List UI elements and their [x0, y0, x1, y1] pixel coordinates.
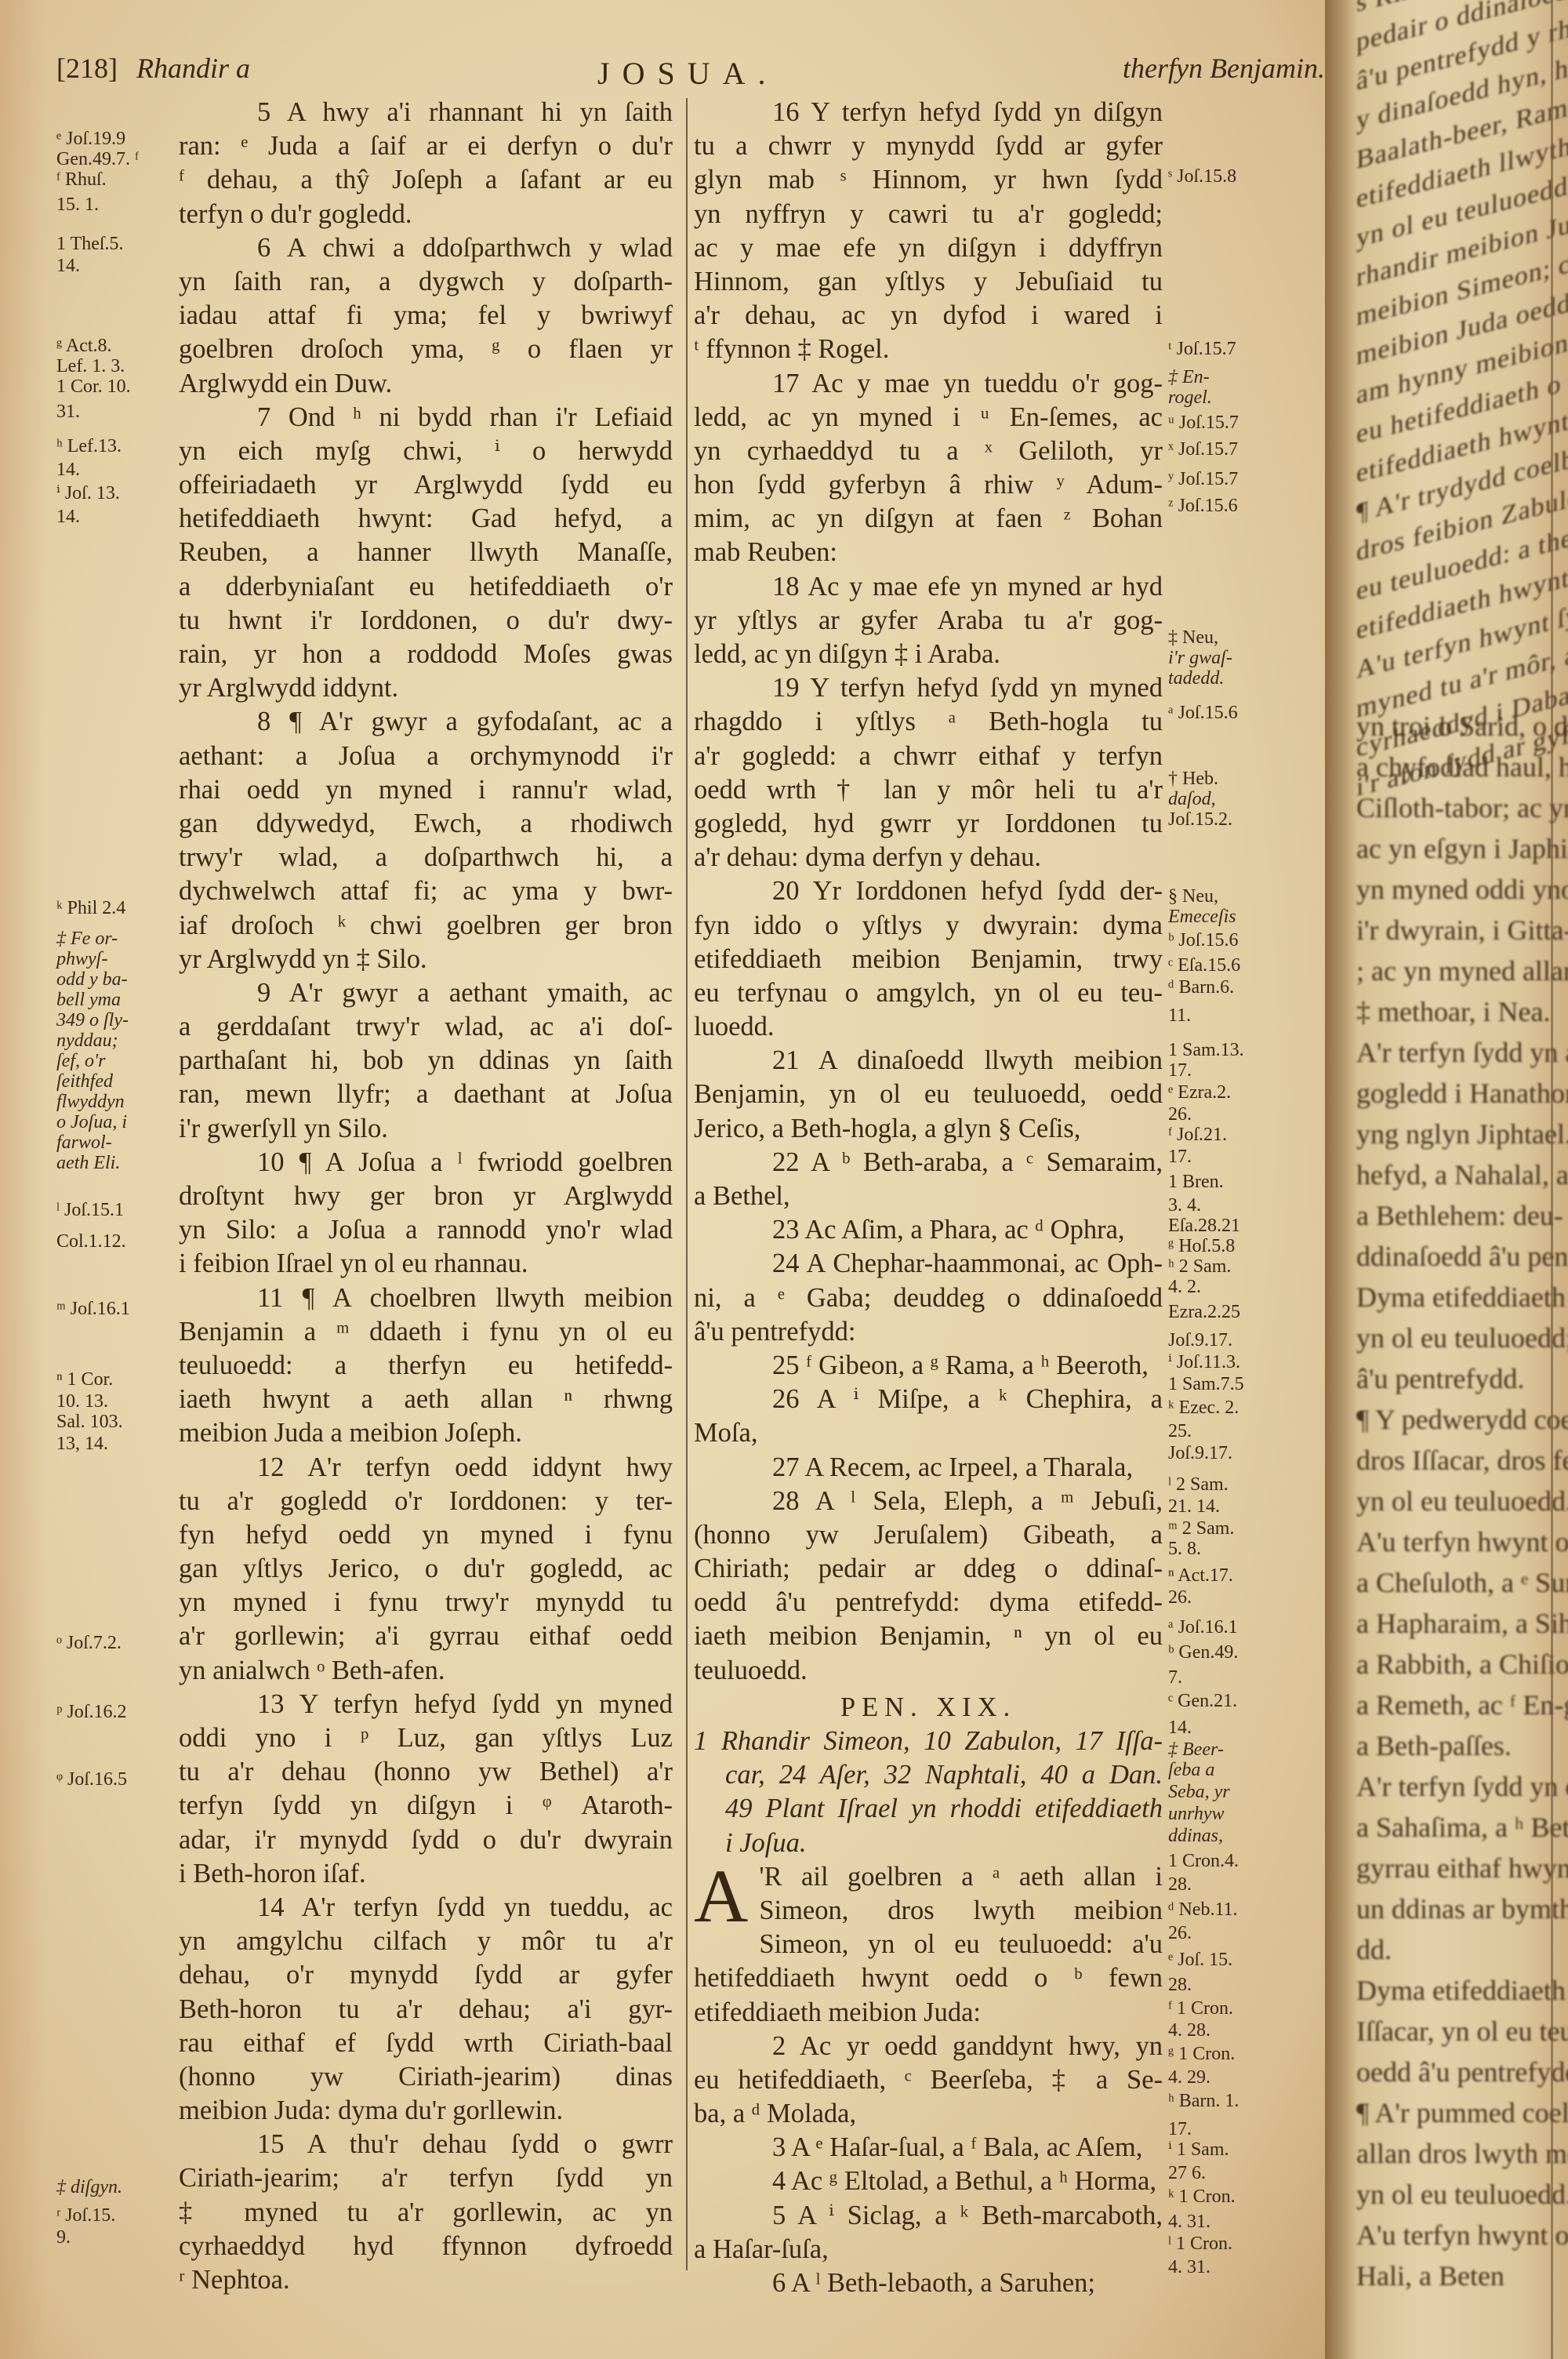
verse-line: 7 Ond ʰ ni bydd rhan i'r Lefiaid	[179, 401, 673, 434]
margin-reference: 26.	[1168, 1923, 1192, 1943]
verse-line: a Bethel,	[694, 1179, 1163, 1213]
next-page-line: Hali, a Beten	[1356, 2255, 1560, 2296]
left-running-title: Rhandir a	[136, 52, 250, 85]
next-page-line: A'u terfyn hwynt oedd tu a	[1356, 1521, 1560, 1562]
verse-line: trwy'r wlad, a doſparthwch hi, a	[179, 841, 673, 874]
verse-line: Benjamin, yn ol eu teuluoedd, oedd	[694, 1078, 1163, 1111]
verse-line: 2 Ac yr oedd ganddynt hwy, yn	[694, 2030, 1163, 2063]
margin-reference: § Neu,	[1168, 886, 1218, 907]
verse-line: Beth-horon tu a'r dehau; a'i gyr-	[179, 1993, 673, 2026]
margin-reference: ᵗ Joſ.15.7	[1168, 339, 1236, 359]
verse-line: offeiriadaeth yr Arglwydd ſydd eu	[179, 468, 673, 502]
margin-reference: 1 Sam.7.5	[1168, 1374, 1244, 1394]
margin-reference: ‡ Beer-	[1168, 1739, 1224, 1760]
margin-reference: ᵐ 2 Sam.	[1168, 1518, 1234, 1539]
next-page-line: A'u terfyn hwynt oedd i Hel-	[1356, 2215, 1560, 2255]
margin-reference: 4. 2.	[1168, 1277, 1201, 1297]
verse-line: hetifeddiaeth hwynt: Gad hefyd, a	[179, 502, 673, 536]
verse-line: adar, i'r mynydd ſydd o du'r dwyrain	[179, 1823, 673, 1857]
margin-reference: 4. 29.	[1168, 2067, 1210, 2088]
verse-line: 28 A ˡ Sela, Eleph, a ᵐ Jebuſi,	[694, 1485, 1163, 1518]
verse-line: hetifeddiaeth hwynt oedd o ᵇ fewn	[694, 1961, 1163, 1995]
verse-line: 26 A ⁱ Miſpe, a ᵏ Chephira, a	[694, 1383, 1163, 1416]
next-page-line: yn myned oddi yno ym-	[1356, 869, 1560, 910]
margin-reference: o Joſua, i	[56, 1112, 127, 1132]
verse-line: 18 Ac y mae efe yn myned ar hyd	[694, 570, 1163, 604]
margin-reference: Joſ.9.17.	[1168, 1330, 1232, 1350]
verse-line: oedd wrth † lan y môr heli tu a'r	[694, 773, 1163, 807]
chapter-opening: A 'R ail goelbren a ᵃ aeth allan iSimeon…	[694, 1860, 1163, 2300]
verse-line: iaf droſoch ᵏ chwi goelbren ger bron	[179, 909, 673, 943]
margin-reference: 11.	[1168, 1005, 1191, 1026]
verse-line: yn anialwch ᵒ Beth-afen.	[179, 1654, 673, 1688]
margin-reference: ᵃ Joſ.16.1	[1168, 1617, 1238, 1637]
left-text-column: 5 A hwy a'i rhannant hi yn ſaithran: ᵉ J…	[179, 96, 673, 2297]
verse-line: i'r gwerſyll yn Silo.	[179, 1112, 673, 1146]
margin-reference: ‡ Neu,	[1168, 627, 1218, 648]
margin-reference: unrhyw	[1168, 1804, 1225, 1824]
next-page-line: a Hapharaim, a Sihon, ac Ana-	[1356, 1603, 1560, 1644]
verse-line: aethant: a Joſua a orchymynodd i'r	[179, 740, 673, 773]
verse-line: ledd, ac yn diſgyn ‡ i Araba.	[694, 638, 1163, 671]
margin-reference: Seba, yr	[1168, 1782, 1230, 1802]
page-number: [218]	[56, 52, 118, 85]
margin-reference: ᶠ Rhuſ.	[56, 169, 107, 190]
verse-line: i Beth-horon iſaf.	[179, 1857, 673, 1891]
margin-reference: ᶻ Joſ.15.6	[1168, 496, 1238, 516]
verse-line: a'r dehau: dyma derfyn y dehau.	[694, 841, 1163, 874]
verse-line: yn amgylchu cilfach y môr tu a'r	[179, 1925, 673, 1958]
chapter-verses: 'R ail goelbren a ᵃ aeth allan iSimeon, …	[694, 1860, 1163, 2300]
next-page-line: hefyd, a Nahalal, a Sim-	[1356, 1154, 1560, 1195]
verse-line: tu a chwrr y mynydd ſydd ar gyfer	[694, 129, 1163, 163]
margin-reference: 28.	[1168, 1874, 1192, 1895]
verse-line: a'r dehau, ac yn dyfod i wared i	[694, 299, 1163, 333]
margin-reference: ʳ Joſ.15.	[56, 2205, 115, 2226]
verse-line: terfyn o du'r gogledd.	[179, 198, 673, 231]
verse-line: i feibion Iſrael yn ol eu rhannau.	[179, 1247, 673, 1281]
verse-line: 20 Yr Iorddonen hefyd ſydd der-	[694, 874, 1163, 908]
right-text-column: 16 Y terfyn hefyd ſydd yn diſgyntu a chw…	[694, 96, 1163, 2300]
verse-line: 24 A Chephar-haammonai, ac Oph-	[694, 1247, 1163, 1281]
verse-line: yr Arglwydd iddynt.	[179, 671, 673, 705]
margin-reference: ᵖ Joſ.16.2	[56, 1702, 126, 1722]
verse-line: dychwelwch attaf fi; ac yma y bwr-	[179, 874, 673, 908]
next-page-line: a chyfodiad haul, hyd	[1356, 747, 1560, 787]
verse-line: (honno yw Jeruſalem) Gibeath, a	[694, 1518, 1163, 1552]
verse-line: rain, yr hon a roddodd Moſes gwas	[179, 638, 673, 671]
next-page-line: ¶ Y pedwerydd coelbren a	[1356, 1399, 1560, 1440]
verse-line: fyn iddo o yſtlys y dwyrain: dyma	[694, 909, 1163, 943]
margin-reference: † Heb.	[1168, 769, 1218, 789]
margin-reference: ᵒ Joſ.7.2.	[56, 1633, 122, 1653]
margin-reference: ᵏ 1 Cron.	[1168, 2186, 1236, 2207]
next-page-line: gogledd i Hanathon; a'i ddi-	[1356, 1073, 1560, 1114]
verse-line: eu hetifeddiaeth, ᶜ Beerſeba, ‡ a Se-	[694, 2063, 1163, 2097]
margin-reference: ſef, o'r	[56, 1051, 105, 1071]
verse-line: ᵗ ffynnon ‡ Rogel.	[694, 333, 1163, 366]
margin-reference: Emeceſis	[1168, 907, 1236, 927]
margin-reference: ᵇ Joſ.15.6	[1168, 930, 1238, 951]
verse-line: terfyn ſydd yn diſgyn i ᵠ Ataroth-	[179, 1789, 673, 1823]
summary-line: car, 24 Aſer, 32 Naphtali, 40 a Dan.	[694, 1758, 1163, 1792]
next-page-line: Dyma etifeddiaeth llwyth mei-	[1356, 1970, 1560, 2011]
next-page-line: A'r terfyn ſydd yn amgylchu	[1356, 1032, 1560, 1073]
verse-line: Jerico, a Beth-hogla, a glyn § Ceſis,	[694, 1112, 1163, 1146]
verse-line: ac y mae efe yn diſgyn i ddyffryn	[694, 231, 1163, 265]
verse-line: Reuben, a hanner llwyth Manaſſe,	[179, 536, 673, 569]
margin-reference: 1 Sam.13.	[1168, 1040, 1244, 1060]
next-page-line: yn ol eu teuluoedd; y di-	[1356, 1318, 1560, 1358]
verse-line: a'r gogledd: a chwrr eithaf y terfyn	[694, 740, 1163, 773]
margin-reference: ᵉ Ezra.2.	[1168, 1082, 1231, 1103]
margin-reference: Sal. 103.	[56, 1412, 123, 1432]
summary-line: 49 Plant Iſrael yn rhoddi etifeddiaeth	[694, 1792, 1163, 1826]
verse-line: ᶠ dehau, a thŷ Joſeph a ſafant ar eu	[179, 163, 673, 197]
verse-line: yr Arglwydd yn ‡ Silo.	[179, 943, 673, 976]
next-page-line: dros Iſſacar, dros feib-	[1356, 1440, 1560, 1481]
verse-line: teuluoedd: a therfyn eu hetifedd-	[179, 1349, 673, 1383]
verse-line: Chiriath; pedair ar ddeg o ddinaſ-	[694, 1552, 1163, 1586]
margin-reference: ⁱ Joſ.11.3.	[1168, 1352, 1240, 1372]
verse-line: 5 A ⁱ Siclag, a ᵏ Beth-marcaboth,	[694, 2199, 1163, 2233]
margin-reference: ſeithfed	[56, 1071, 113, 1092]
margin-reference: 26.	[1168, 1587, 1192, 1608]
verse-line: 5 A hwy a'i rhannant hi yn ſaith	[179, 96, 673, 129]
margin-reference: ⁱ 1 Sam.	[1168, 2139, 1229, 2160]
chapter-heading: PEN. XIX.	[694, 1691, 1163, 1725]
verse-line: goelbren droſoch yma, ᵍ o flaen yr	[179, 333, 673, 366]
verse-line: 23 Ac Aſim, a Phara, ac ᵈ Ophra,	[694, 1213, 1163, 1247]
margin-reference: bell yma	[56, 990, 121, 1010]
verse-line: 10 ¶ A Joſua a ˡ fwriodd goelbren	[179, 1146, 673, 1179]
margin-reference: ᵍ Hoſ.5.8	[1168, 1236, 1235, 1256]
margin-reference: ‡ diſgyn.	[56, 2177, 122, 2197]
verse-line: 27 A Recem, ac Irpeel, a Tharala,	[694, 1451, 1163, 1485]
margin-reference: ˡ 1 Cron.	[1168, 2234, 1232, 2254]
next-page-line: yn troi o Sarid, o du'r	[1356, 706, 1560, 747]
margin-reference: ʰ Lef.13.	[56, 436, 122, 456]
margin-reference: 17.	[1168, 1147, 1192, 1167]
verse-line: parthaſant hi, bob yn ddinas yn ſaith	[179, 1044, 673, 1078]
verse-line: ran: ᵉ Juda a ſaif ar ei derfyn o du'r	[179, 129, 673, 163]
margin-reference: Joſ.15.2.	[1168, 809, 1232, 830]
verse-line: 6 A ˡ Beth-lebaoth, a Saruhen;	[694, 2266, 1163, 2300]
verse-line: ‡ myned tu a'r gorllewin, ac yn	[179, 2196, 673, 2230]
next-page-line: â'u pentrefydd.	[1356, 1358, 1560, 1399]
next-page-text-lower: yn troi o Sarid, o du'ra chyfodiad haul,…	[1356, 706, 1560, 2296]
next-page-line: Iſſacar, yn ol eu teuluoedd; y	[1356, 2011, 1560, 2052]
margin-reference: phwyſ-	[56, 949, 107, 969]
next-page-line: un ddinas ar bymtheg â'u	[1356, 1888, 1560, 1929]
verse-line: ledd, ac yn myned i ᵘ En-ſemes, ac	[694, 401, 1163, 434]
margin-reference: ᶠ 1 Cron.	[1168, 1998, 1233, 2019]
next-page-line: Dyma etifeddiaeth meibion	[1356, 1277, 1560, 1318]
margin-reference: 10. 13.	[56, 1391, 108, 1412]
margin-reference: Col.1.12.	[56, 1231, 126, 1252]
verse-line: yn Silo: a Joſua a rannodd yno'r wlad	[179, 1213, 673, 1247]
verse-line: 'R ail goelbren a ᵃ aeth allan i	[694, 1860, 1163, 1894]
margin-reference: ʰ Barn. 1.	[1168, 2091, 1239, 2111]
margin-reference: 17.	[1168, 2119, 1192, 2139]
verse-line: 19 Y terfyn hefyd ſydd yn myned	[694, 671, 1163, 705]
verse-line: a'r gorllewin; a'i gyrrau eithaf oedd	[179, 1619, 673, 1653]
margin-reference: 17.	[1168, 1060, 1192, 1081]
margin-reference: ⁿ 1 Cor.	[56, 1369, 113, 1390]
verse-line: tu hwnt i'r Iorddonen, o du'r dwy-	[179, 604, 673, 638]
margin-reference: 31.	[56, 402, 80, 422]
margin-reference: ſeba a	[1168, 1760, 1214, 1780]
verse-line: meibion Juda a meibion Joſeph.	[179, 1416, 673, 1450]
margin-reference: 4. 31.	[1168, 2257, 1210, 2277]
next-page-line: Ciſloth-tabor; ac yn myned	[1356, 787, 1560, 828]
verse-line: yn myned i fynu trwy'r mynydd tu	[179, 1586, 673, 1619]
margin-reference: 1 Cor. 10.	[56, 376, 131, 397]
verse-line: rau eithaf ef ſydd wrth Ciriath-baal	[179, 2026, 673, 2060]
next-page-line: yn ol eu teuluoedd.	[1356, 2174, 1560, 2215]
verse-line: ʳ Nephtoa.	[179, 2263, 673, 2297]
next-page-line: a Cheſuloth, a ᵉ Sunem,	[1356, 1562, 1560, 1603]
margin-reference: ˢ Joſ.15.8	[1168, 166, 1236, 187]
next-page-line: dd.	[1356, 1929, 1560, 1970]
scanned-book-page: [218] Rhandir a JOSUA. therfyn Benjamin.…	[0, 0, 1333, 2359]
margin-reference: 1 Bren.	[1168, 1172, 1224, 1192]
next-page-line: a Sahaſima, a ʰ Bethſemes;	[1356, 1807, 1560, 1848]
next-page-line: ‡ methoar, i Nea.	[1356, 991, 1560, 1032]
verse-line: teuluoedd.	[694, 1654, 1163, 1688]
margin-reference: ᶜ Eſa.15.6	[1168, 955, 1240, 976]
margin-reference: 14.	[56, 460, 80, 480]
margin-reference: ᵘ Joſ.15.7	[1168, 413, 1239, 433]
verse-line: a Haſar-ſuſa,	[694, 2233, 1163, 2266]
verse-line: meibion Juda: dyma du'r gorllewin.	[179, 2094, 673, 2128]
next-page-line: a Rabbith, a Chiſion, ac Abes,	[1356, 1644, 1560, 1685]
margin-reference: ᵈ Barn.6.	[1168, 977, 1234, 998]
margin-reference: ‡ Fe or-	[56, 929, 118, 949]
book-title: JOSUA.	[597, 55, 778, 92]
verse-line: a dderbyniaſant eu hetifeddiaeth o'r	[179, 570, 673, 604]
margin-reference: ᵏ Phil 2.4	[56, 898, 125, 918]
gutter-shadow	[1325, 0, 1356, 2359]
verse-line: gan ddywedyd, Ewch, a rhodiwch	[179, 807, 673, 841]
margin-reference: Eſa.28.21	[1168, 1216, 1240, 1236]
margin-reference: ᵇ Gen.49.	[1168, 1642, 1238, 1663]
verse-line: 11 ¶ A choelbren llwyth meibion	[179, 1281, 673, 1315]
margin-reference: i'r gwaſ-	[1168, 648, 1232, 668]
margin-reference: ᵉ Joſ.19.9	[56, 129, 125, 149]
verse-line: oedd â'u pentrefydd: dyma etifedd-	[694, 1586, 1163, 1619]
verse-line: droſtynt hwy ger bron yr Arglwydd	[179, 1179, 673, 1213]
margin-reference: 5. 8.	[1168, 1539, 1201, 1559]
margin-reference: 7.	[1168, 1667, 1182, 1688]
margin-reference: 14.	[56, 256, 80, 276]
margin-reference: ᶜ Gen.21.	[1168, 1691, 1237, 1711]
summary-line: 1 Rhandir Simeon, 10 Zabulon, 17 Iſſa-	[694, 1725, 1163, 1758]
verse-line: yn eich myſg chwi, ⁱ o herwydd	[179, 434, 673, 468]
next-page-line: allan dros lwyth meibion	[1356, 2133, 1560, 2174]
margin-reference: ᵍ 1 Cron.	[1168, 2044, 1235, 2064]
margin-reference: 14.	[1168, 1717, 1192, 1738]
verse-line: fyn hefyd oedd yn myned i fynu	[179, 1518, 673, 1552]
margin-reference: ᵃ Joſ.15.6	[1168, 703, 1238, 723]
margin-reference: nyddau;	[56, 1030, 118, 1051]
margin-reference: odd y ba-	[56, 969, 128, 990]
margin-reference: ⁿ Act.17.	[1168, 1565, 1233, 1586]
verse-line: yn ſaith ran, a dygwch y doſparth-	[179, 265, 673, 299]
next-page-line: ddinaſoedd â'u pentrefydd.	[1356, 1236, 1560, 1277]
verse-line: 25 ᶠ Gibeon, a ᵍ Rama, a ʰ Beeroth,	[694, 1349, 1163, 1383]
verse-line: 9 A'r gwyr a aethant ymaith, ac	[179, 976, 673, 1010]
margin-reference: 1 Theſ.5.	[56, 234, 124, 254]
margin-reference: 1 Cron.4.	[1168, 1851, 1239, 1871]
verse-line: yn cyrhaeddyd tu a ˣ Geliloth, yr	[694, 434, 1163, 468]
verse-line: ran, mewn llyfr; a daethant at Joſua	[179, 1078, 673, 1111]
margin-reference: ‡ En-	[1168, 367, 1210, 387]
margin-reference: ⁱ Joſ. 13.	[56, 483, 120, 503]
margin-reference: ᵏ Ezec. 2.	[1168, 1398, 1239, 1418]
next-page-line: ; ac yn myned allan i	[1356, 951, 1560, 991]
verse-line: 8 ¶ A'r gwyr a gyfodaſant, ac a	[179, 705, 673, 739]
margin-reference: rogel.	[1168, 387, 1212, 408]
verse-line: mab Reuben:	[694, 536, 1163, 569]
margin-reference: 14.	[56, 507, 80, 527]
verse-line: 21 A dinaſoedd llwyth meibion	[694, 1044, 1163, 1078]
verse-line: 3 A ᵉ Haſar-ſual, a ᶠ Bala, ac Aſem,	[694, 2131, 1163, 2165]
margin-reference: ᵈ Neb.11.	[1168, 1899, 1238, 1920]
margin-reference: 25.	[1168, 1421, 1192, 1441]
margin-reference: ᶠ Joſ.21.	[1168, 1125, 1227, 1145]
next-page-line: yn ol eu teuluoedd.	[1356, 1481, 1560, 1521]
verse-line: Ciriath-jearim; a'r terfyn ſydd yn	[179, 2161, 673, 2195]
margin-reference: 27 6.	[1168, 2163, 1206, 2183]
next-page-line: i'r dwyrain, i Gitta-hepher,	[1356, 910, 1560, 951]
margin-reference: daſod,	[1168, 789, 1216, 809]
margin-reference: tadedd.	[1168, 668, 1224, 689]
verse-line: luoedd.	[694, 1010, 1163, 1044]
verse-line: tu a'r gogledd o'r Iorddonen: y ter-	[179, 1485, 673, 1518]
next-page-line: yng nglyn Jiphtael.	[1356, 1114, 1560, 1154]
verse-line: mim, ac yn diſgyn at faen ᶻ Bohan	[694, 502, 1163, 536]
summary-line: i Joſua.	[694, 1826, 1163, 1860]
next-page-line: gyrrau eithaf hwynt yw'r Ior-	[1356, 1848, 1560, 1888]
margin-reference: ᵍ Act.8.	[56, 336, 112, 356]
verse-line: glyn mab ˢ Hinnom, yr hwn ſydd	[694, 163, 1163, 197]
next-page-line: a Beth-paſſes.	[1356, 1725, 1560, 1766]
verse-line: eu terfynau o amgylch, yn ol eu teu-	[694, 976, 1163, 1010]
verse-line: dehau, o'r mynydd ſydd ar gyfer	[179, 1958, 673, 1992]
verse-line: yr yſtlys ar gyfer Araba tu a'r gog-	[694, 604, 1163, 638]
verse-line: Moſa,	[694, 1416, 1163, 1450]
verse-line: 4 Ac ᵍ Eltolad, a Bethul, a ʰ Horma,	[694, 2165, 1163, 2198]
margin-reference: ddinas,	[1168, 1826, 1223, 1846]
margin-reference: 13, 14.	[56, 1434, 108, 1454]
verse-line: 6 A chwi a ddoſparthwch y wlad	[179, 231, 673, 265]
margin-reference: aeth Eli.	[56, 1153, 120, 1173]
margin-reference: flwyddyn	[56, 1092, 125, 1112]
verse-line: cyrhaeddyd hyd ffynnon dyfroedd	[179, 2230, 673, 2263]
verse-line: 15 A thu'r dehau ſydd o gwrr	[179, 2128, 673, 2161]
next-page-text-top: s Rimmonpedair o ddinaſoeddâ'u pentrefyd…	[1356, 0, 1560, 808]
margin-reference: Lef. 1. 3.	[56, 356, 125, 376]
verse-line: ni, a ᵉ Gaba; deuddeg o ddinaſoedd	[694, 1281, 1163, 1315]
verse-line: 17 Ac y mae yn tueddu o'r gog-	[694, 367, 1163, 401]
chapter-summary: 1 Rhandir Simeon, 10 Zabulon, 17 Iſſa-ca…	[694, 1725, 1163, 1860]
margin-reference: ᵐ Joſ.16.1	[56, 1299, 130, 1319]
verse-line: ba, a ᵈ Molada,	[694, 2097, 1163, 2131]
verse-line: 13 Y terfyn hefyd ſydd yn myned	[179, 1688, 673, 1721]
verse-line: iaeth meibion Benjamin, ⁿ yn ol eu	[694, 1619, 1163, 1653]
next-page-curled-edge: s Rimmonpedair o ddinaſoeddâ'u pentrefyd…	[1325, 0, 1568, 2359]
verse-line: 14 A'r terfyn ſydd yn tueddu, ac	[179, 1891, 673, 1925]
verse-line: gan yſtlys Jerico, o du'r gogledd, ac	[179, 1552, 673, 1586]
margin-reference: 26.	[1168, 1104, 1192, 1125]
next-page-column-rule	[1551, 0, 1553, 2359]
verse-line: (honno yw Ciriath-jearim) dinas	[179, 2060, 673, 2094]
margin-reference: ˡ Joſ.15.1	[56, 1200, 124, 1220]
margin-reference: 4. 28.	[1168, 2020, 1210, 2041]
margin-reference: Ezra.2.25	[1168, 1302, 1240, 1322]
verse-line: Simeon, yn ol eu teuluoedd: a'u	[694, 1928, 1163, 1961]
margin-reference: farwol-	[56, 1132, 112, 1153]
verse-line: gogledd, hyd gwrr yr Iorddonen tu	[694, 807, 1163, 841]
next-page-line: oedd â'u pentrefydd.	[1356, 2052, 1560, 2092]
right-running-title: therfyn Benjamin.	[1123, 52, 1325, 85]
verse-line: iaeth hwynt a aeth allan ⁿ rhwng	[179, 1383, 673, 1416]
margin-reference: 4. 31.	[1168, 2212, 1210, 2232]
verse-line: Simeon, dros lwyth meibion	[694, 1894, 1163, 1928]
right-column-verses: 16 Y terfyn hefyd ſydd yn diſgyntu a chw…	[694, 96, 1163, 1688]
margin-reference: Joſ.9.17.	[1168, 1443, 1232, 1463]
margin-reference: ʰ 2 Sam.	[1168, 1256, 1231, 1277]
margin-reference: ˡ 2 Sam.	[1168, 1474, 1229, 1495]
verse-line: yn nyffryn y cawri tu a'r gogledd;	[694, 198, 1163, 231]
next-page-line: A'r terfyn ſydd yn cyrhaeddyd	[1356, 1766, 1560, 1807]
verse-line: hon ſydd gyferbyn â rhiw ʸ Adum-	[694, 468, 1163, 502]
margin-reference: 15. 1.	[56, 194, 99, 215]
margin-reference: Gen.49.7. ᶠ	[56, 149, 139, 169]
margin-reference: ᵠ Joſ.16.5	[56, 1769, 127, 1790]
verse-line: etifeddiaeth meibion Benjamin, trwy	[694, 943, 1163, 976]
margin-reference: 3. 4.	[1168, 1195, 1201, 1216]
running-header: [218] Rhandir a JOSUA. therfyn Benjamin.	[49, 47, 1319, 94]
margin-reference: 21. 14.	[1168, 1496, 1220, 1517]
verse-line: rhagddo i yſtlys ᵃ Beth-hogla tu	[694, 705, 1163, 739]
verse-line: iadau attaf fi yma; fel y bwriwyf	[179, 299, 673, 333]
verse-line: â'u pentrefydd:	[694, 1315, 1163, 1349]
verse-line: tu a'r dehau (honno yw Bethel) a'r	[179, 1755, 673, 1789]
verse-line: a gerddaſant trwy'r wlad, ac a'i doſ-	[179, 1010, 673, 1044]
margin-reference: 9.	[56, 2227, 71, 2248]
margin-reference: 349 o ſly-	[56, 1010, 129, 1030]
drop-cap: A	[694, 1863, 748, 1929]
column-divider	[686, 98, 688, 2270]
next-page-line: a Remeth, ac ᶠ En-gannim, ac	[1356, 1685, 1560, 1725]
margin-reference: 28.	[1168, 1975, 1192, 1995]
verse-line: rhai oedd yn myned i rannu'r wlad,	[179, 773, 673, 807]
margin-reference: ˣ Joſ.15.7	[1168, 439, 1238, 460]
verse-line: 16 Y terfyn hefyd ſydd yn diſgyn	[694, 96, 1163, 129]
verse-line: Hinnom, gan yſtlys y Jebuſiaid tu	[694, 265, 1163, 299]
margin-reference: ʸ Joſ.15.7	[1168, 469, 1238, 489]
next-page-line: ac yn eſgyn i Japhia;	[1356, 828, 1560, 869]
verse-line: etifeddiaeth meibion Juda:	[694, 1996, 1163, 2030]
verse-line: Arglwydd ein Duw.	[179, 367, 673, 401]
verse-line: Benjamin a ᵐ ddaeth i fynu yn ol eu	[179, 1315, 673, 1349]
verse-line: oddi yno i ᵖ Luz, gan yſtlys Luz	[179, 1721, 673, 1755]
margin-reference: ᵉ Joſ. 15.	[1168, 1950, 1232, 1970]
next-page-line: a Bethlehem: deu-	[1356, 1195, 1560, 1236]
next-page-line: ¶ A'r pummed coelbren a	[1356, 2092, 1560, 2133]
